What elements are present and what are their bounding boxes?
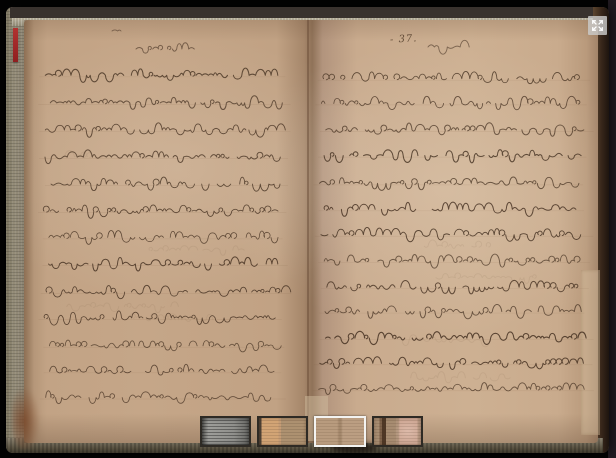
thumbnail-spread-1[interactable] bbox=[200, 416, 251, 447]
thumbnail-strip bbox=[200, 416, 423, 447]
handwritten-text bbox=[24, 20, 598, 443]
thumbnail-image bbox=[374, 418, 421, 445]
thumbnail-spread-3[interactable] bbox=[314, 416, 366, 447]
fullscreen-expand-icon bbox=[591, 19, 604, 32]
thumbnail-spread-4[interactable] bbox=[372, 416, 423, 447]
thumbnail-image bbox=[259, 418, 306, 445]
thumbnail-image bbox=[202, 418, 249, 445]
thumbnail-spread-2[interactable] bbox=[257, 416, 308, 447]
bookmark-ribbon bbox=[13, 28, 18, 62]
fullscreen-button[interactable] bbox=[588, 16, 607, 35]
background-strip bbox=[608, 0, 616, 458]
book-cover-top-shadow bbox=[10, 7, 601, 18]
thumbnail-image bbox=[316, 418, 364, 445]
viewer-canvas: - 37. bbox=[0, 0, 616, 458]
page-number: - 37. bbox=[390, 33, 418, 45]
manuscript-photo[interactable] bbox=[6, 7, 609, 453]
corner-stain bbox=[12, 387, 40, 449]
open-page-spread bbox=[24, 20, 598, 443]
